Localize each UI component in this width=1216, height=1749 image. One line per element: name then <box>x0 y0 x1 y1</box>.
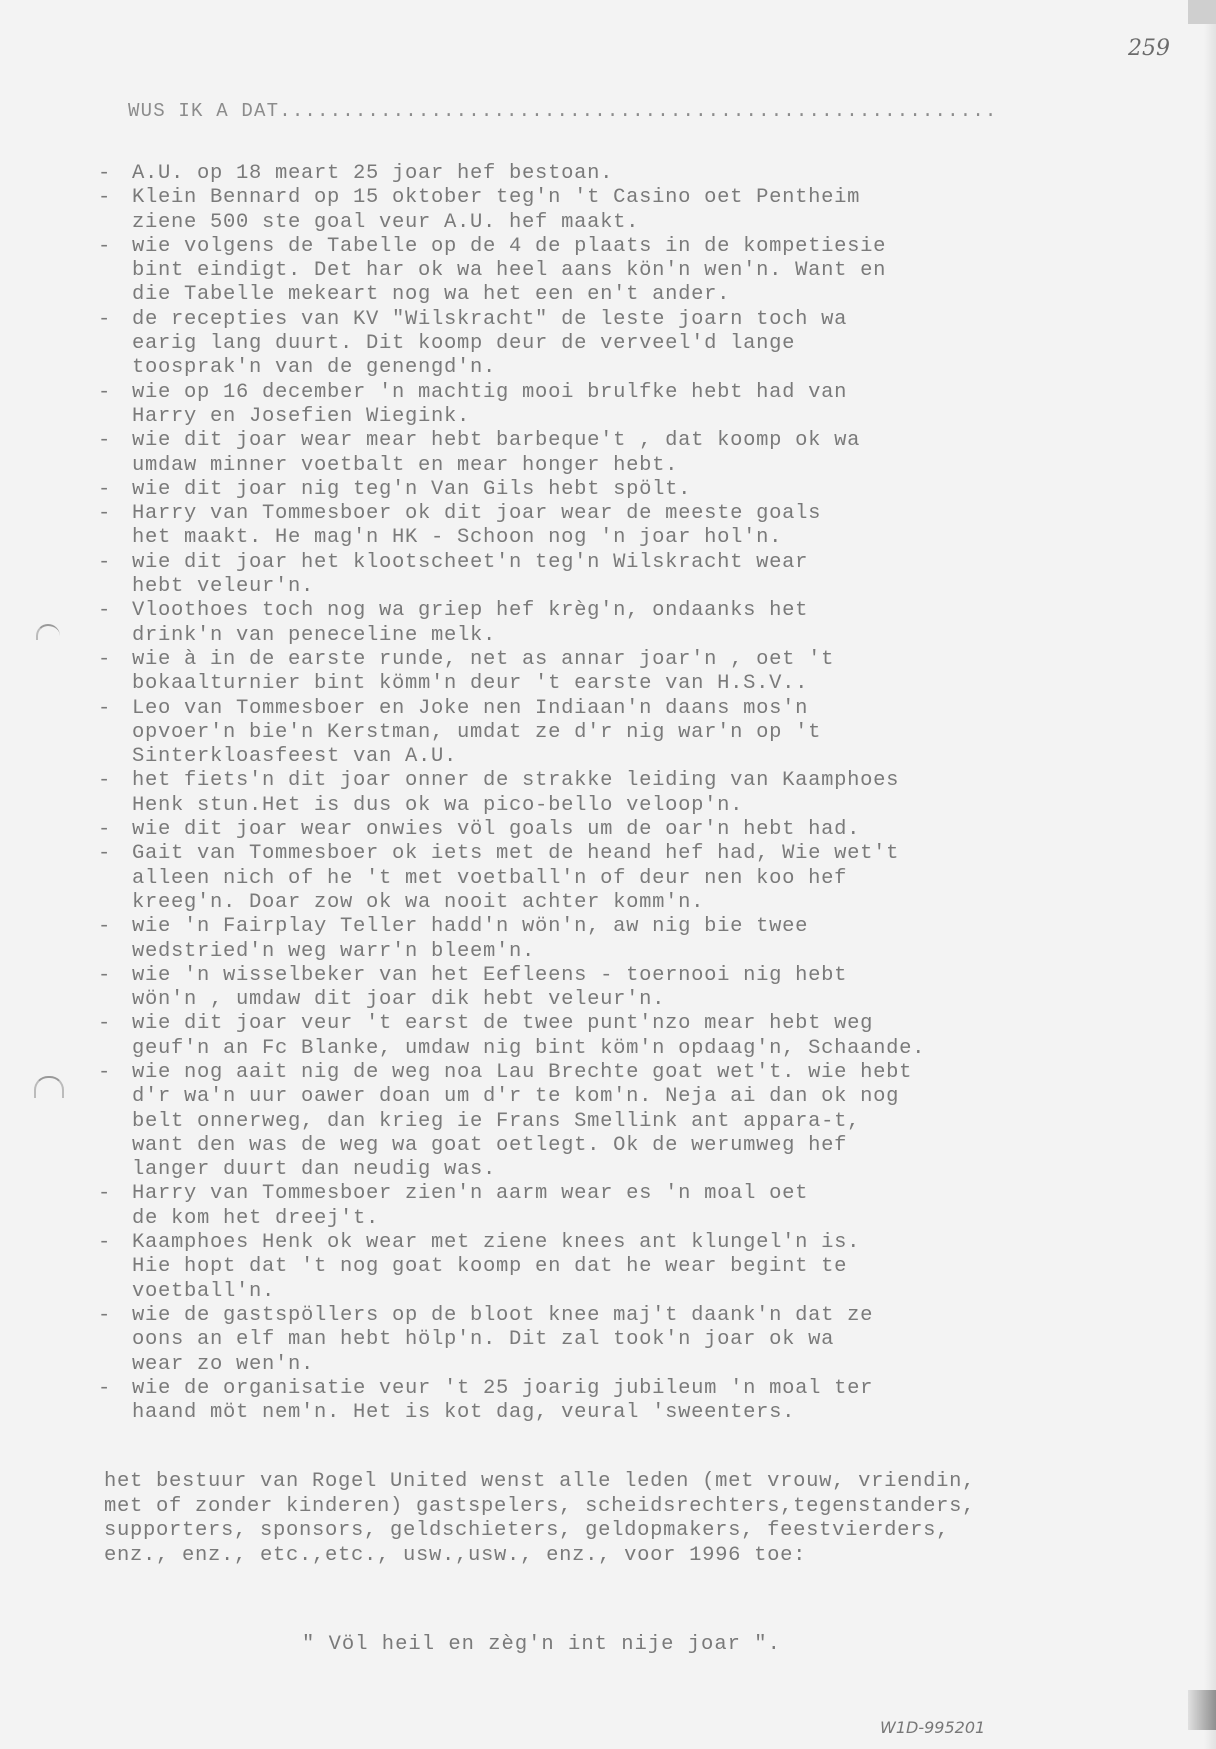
list-item: -de recepties van KV "Wilskracht" de les… <box>98 308 925 381</box>
dash-bullet: - <box>98 478 111 502</box>
list-item: -wie op 16 december 'n machtig mooi brul… <box>98 381 925 430</box>
list-item: -A.U. op 18 meart 25 joar hef bestoan. <box>98 162 925 186</box>
list-item-text: wie 'n wisselbeker van het Eefleens - to… <box>132 964 847 1011</box>
dash-bullet: - <box>98 697 111 721</box>
list-item: -Gait van Tommesboer ok iets met de hean… <box>98 842 925 915</box>
bullet-list: -A.U. op 18 meart 25 joar hef bestoan.-K… <box>98 162 925 1425</box>
list-item: -wie 'n wisselbeker van het Eefleens - t… <box>98 964 925 1013</box>
list-item: -Harry van Tommesboer ok dit joar wear d… <box>98 502 925 551</box>
list-item: -Kaamphoes Henk ok wear met ziene knees … <box>98 1231 925 1304</box>
list-item: -wie de gastspöllers op de bloot knee ma… <box>98 1304 925 1377</box>
dash-bullet: - <box>98 648 111 672</box>
page-number: 259 <box>1128 36 1170 61</box>
dash-bullet: - <box>98 186 111 210</box>
list-item-text: Leo van Tommesboer en Joke nen Indiaan'n… <box>132 697 821 769</box>
list-item: -Leo van Tommesboer en Joke nen Indiaan'… <box>98 697 925 770</box>
list-item-text: wie op 16 december 'n machtig mooi brulf… <box>132 381 847 428</box>
list-item-text: wie de gastspöllers op de bloot knee maj… <box>132 1304 873 1376</box>
scan-corner-bottom <box>1188 1690 1216 1730</box>
page-edge-shadow <box>1204 0 1216 1749</box>
dash-bullet: - <box>98 308 111 332</box>
list-item-text: A.U. op 18 meart 25 joar hef bestoan. <box>132 162 613 185</box>
list-item: -het fiets'n dit joar onner de strakke l… <box>98 769 925 818</box>
list-item-text: wie 'n Fairplay Teller hadd'n wön'n, aw … <box>132 915 808 962</box>
dash-bullet: - <box>98 1012 111 1036</box>
dash-bullet: - <box>98 235 111 259</box>
list-item-text: wie dit joar nig teg'n Van Gils hebt spö… <box>132 478 691 501</box>
closing-line: met of zonder kinderen) gastspelers, sch… <box>104 1495 975 1520</box>
list-item-text: wie dit joar veur 't earst de twee punt'… <box>132 1012 925 1059</box>
dash-bullet: - <box>98 964 111 988</box>
dash-bullet: - <box>98 551 111 575</box>
list-item-text: Gait van Tommesboer ok iets met de heand… <box>132 842 899 914</box>
list-item-text: wie dit joar wear onwies völ goals um de… <box>132 818 860 841</box>
list-item: -wie nog aait nig de weg noa Lau Brechte… <box>98 1061 925 1182</box>
list-item-text: Klein Bennard op 15 oktober teg'n 't Cas… <box>132 186 860 233</box>
list-item-text: wie nog aait nig de weg noa Lau Brechte … <box>132 1061 912 1181</box>
scan-corner-top <box>1188 0 1216 24</box>
dash-bullet: - <box>98 162 111 186</box>
list-item-text: het fiets'n dit joar onner de strakke le… <box>132 769 899 816</box>
list-item: -Harry van Tommesboer zien'n aarm wear e… <box>98 1182 925 1231</box>
dash-bullet: - <box>98 842 111 866</box>
dash-bullet: - <box>98 818 111 842</box>
list-item: -Vloothoes toch nog wa griep hef krèg'n,… <box>98 599 925 648</box>
dash-bullet: - <box>98 1231 111 1255</box>
closing-line: het bestuur van Rogel United wenst alle … <box>104 1470 975 1495</box>
dash-bullet: - <box>98 915 111 939</box>
list-item-text: Harry van Tommesboer ok dit joar wear de… <box>132 502 821 549</box>
dash-bullet: - <box>98 429 111 453</box>
archive-reference: W1D-995201 <box>880 1718 985 1737</box>
list-item-text: wie dit joar wear mear hebt barbeque't ,… <box>132 429 860 476</box>
list-item: -wie dit joar wear mear hebt barbeque't … <box>98 429 925 478</box>
document-heading: WUS IK A DAT............................… <box>128 100 998 122</box>
dash-bullet: - <box>98 381 111 405</box>
punch-hole-mark <box>34 1076 64 1098</box>
list-item-text: Kaamphoes Henk ok wear met ziene knees a… <box>132 1231 860 1303</box>
list-item-text: Vloothoes toch nog wa griep hef krèg'n, … <box>132 599 808 646</box>
list-item-text: wie de organisatie veur 't 25 joarig jub… <box>132 1377 873 1424</box>
list-item: -Klein Bennard op 15 oktober teg'n 't Ca… <box>98 186 925 235</box>
list-item: -wie dit joar nig teg'n Van Gils hebt sp… <box>98 478 925 502</box>
list-item-text: wie dit joar het klootscheet'n teg'n Wil… <box>132 551 808 598</box>
punch-hole-mark <box>36 624 60 640</box>
list-item-text: wie à in de earste runde, net as annar j… <box>132 648 834 695</box>
dash-bullet: - <box>98 1182 111 1206</box>
list-item: -wie dit joar wear onwies völ goals um d… <box>98 818 925 842</box>
list-item-text: Harry van Tommesboer zien'n aarm wear es… <box>132 1182 808 1229</box>
closing-paragraph: het bestuur van Rogel United wenst alle … <box>104 1470 975 1568</box>
dash-bullet: - <box>98 599 111 623</box>
list-item: -wie dit joar het klootscheet'n teg'n Wi… <box>98 551 925 600</box>
list-item: -wie volgens de Tabelle op de 4 de plaat… <box>98 235 925 308</box>
dash-bullet: - <box>98 1377 111 1401</box>
list-item: -wie 'n Fairplay Teller hadd'n wön'n, aw… <box>98 915 925 964</box>
list-item: -wie de organisatie veur 't 25 joarig ju… <box>98 1377 925 1426</box>
list-item-text: de recepties van KV "Wilskracht" de lest… <box>132 308 847 380</box>
dash-bullet: - <box>98 1061 111 1085</box>
dash-bullet: - <box>98 502 111 526</box>
list-item-text: wie volgens de Tabelle op de 4 de plaats… <box>132 235 886 307</box>
list-item: -wie dit joar veur 't earst de twee punt… <box>98 1012 925 1061</box>
dash-bullet: - <box>98 1304 111 1328</box>
list-item: -wie à in de earste runde, net as annar … <box>98 648 925 697</box>
new-year-wish: " Völ heil en zèg'n int nije joar ". <box>302 1633 781 1656</box>
closing-line: supporters, sponsors, geldschieters, gel… <box>104 1519 975 1544</box>
dash-bullet: - <box>98 769 111 793</box>
closing-line: enz., enz., etc.,etc., usw.,usw., enz., … <box>104 1544 975 1569</box>
